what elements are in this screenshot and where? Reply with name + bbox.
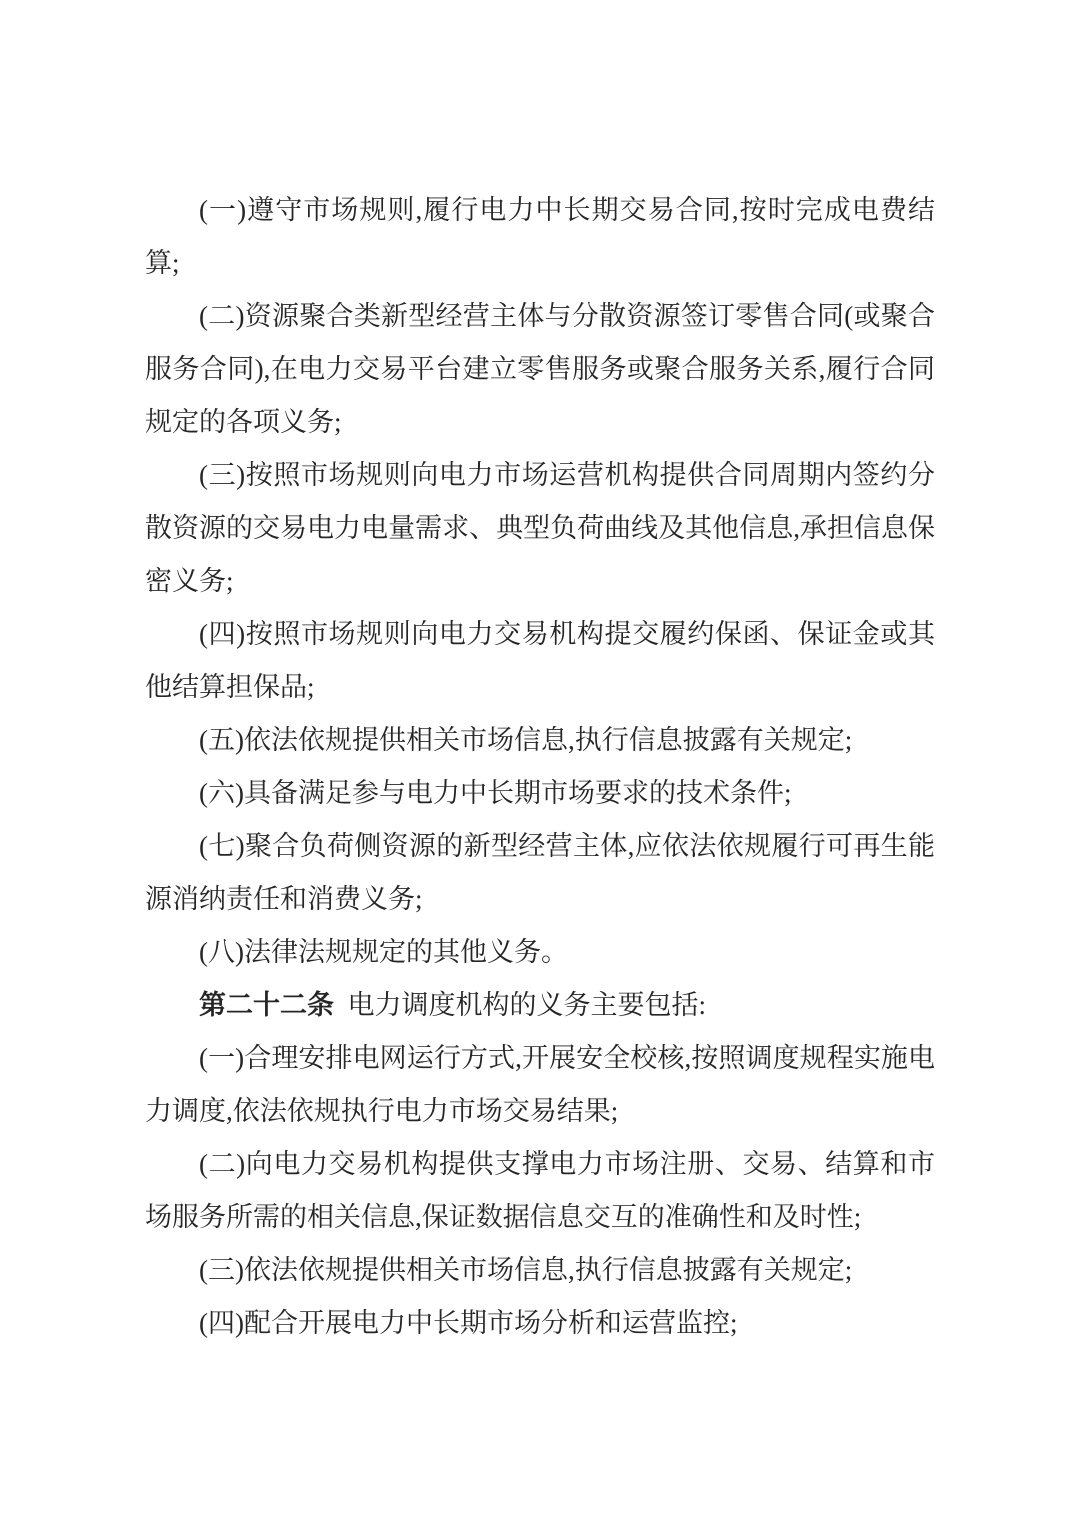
paragraph-item-7: (七)聚合负荷侧资源的新型经营主体,应依法依规履行可再生能源消纳责任和消费义务; <box>145 820 935 926</box>
article-22-heading-paragraph: 第二十二条电力调度机构的义务主要包括: <box>145 979 935 1032</box>
paragraph-item-6: (六)具备满足参与电力中长期市场要求的技术条件; <box>145 767 935 820</box>
paragraph-text: (三)按照市场规则向电力市场运营机构提供合同周期内签约分散资源的交易电力电量需求… <box>145 460 935 596</box>
article-heading-text: 电力调度机构的义务主要包括: <box>348 990 707 1020</box>
paragraph-item-10: (一)合理安排电网运行方式,开展安全校核,按照调度规程实施电力调度,依法依规执行… <box>145 1032 935 1138</box>
paragraph-text: (一)遵守市场规则,履行电力中长期交易合同,按时完成电费结算; <box>145 195 935 278</box>
paragraph-item-13: (四)配合开展电力中长期市场分析和运营监控; <box>145 1297 935 1350</box>
paragraph-item-4: (四)按照市场规则向电力交易机构提交履约保函、保证金或其他结算担保品; <box>145 608 935 714</box>
paragraph-item-8: (八)法律法规规定的其他义务。 <box>145 926 935 979</box>
paragraph-text: (六)具备满足参与电力中长期市场要求的技术条件; <box>199 778 791 808</box>
document-page: (一)遵守市场规则,履行电力中长期交易合同,按时完成电费结算; (二)资源聚合类… <box>0 0 1080 1527</box>
paragraph-text: (七)聚合负荷侧资源的新型经营主体,应依法依规履行可再生能源消纳责任和消费义务; <box>145 831 935 914</box>
article-number: 第二十二条 <box>199 990 334 1020</box>
paragraph-item-2: (二)资源聚合类新型经营主体与分散资源签订零售合同(或聚合服务合同),在电力交易… <box>145 290 935 449</box>
paragraph-text: (二)向电力交易机构提供支撑电力市场注册、交易、结算和市场服务所需的相关信息,保… <box>145 1149 935 1232</box>
paragraph-item-11: (二)向电力交易机构提供支撑电力市场注册、交易、结算和市场服务所需的相关信息,保… <box>145 1138 935 1244</box>
paragraph-text: (四)配合开展电力中长期市场分析和运营监控; <box>199 1308 737 1338</box>
paragraph-text: (一)合理安排电网运行方式,开展安全校核,按照调度规程实施电力调度,依法依规执行… <box>145 1043 935 1126</box>
paragraph-item-12: (三)依法依规提供相关市场信息,执行信息披露有关规定; <box>145 1244 935 1297</box>
paragraph-text: (五)依法依规提供相关市场信息,执行信息披露有关规定; <box>199 725 852 755</box>
paragraph-text: (四)按照市场规则向电力交易机构提交履约保函、保证金或其他结算担保品; <box>145 619 935 702</box>
paragraph-item-5: (五)依法依规提供相关市场信息,执行信息披露有关规定; <box>145 714 935 767</box>
paragraph-item-1: (一)遵守市场规则,履行电力中长期交易合同,按时完成电费结算; <box>145 184 935 290</box>
paragraph-text: (八)法律法规规定的其他义务。 <box>199 937 568 967</box>
paragraph-text: (二)资源聚合类新型经营主体与分散资源签订零售合同(或聚合服务合同),在电力交易… <box>145 301 935 437</box>
paragraph-item-3: (三)按照市场规则向电力市场运营机构提供合同周期内签约分散资源的交易电力电量需求… <box>145 449 935 608</box>
paragraph-text: (三)依法依规提供相关市场信息,执行信息披露有关规定; <box>199 1255 852 1285</box>
document-body: (一)遵守市场规则,履行电力中长期交易合同,按时完成电费结算; (二)资源聚合类… <box>145 184 935 1350</box>
